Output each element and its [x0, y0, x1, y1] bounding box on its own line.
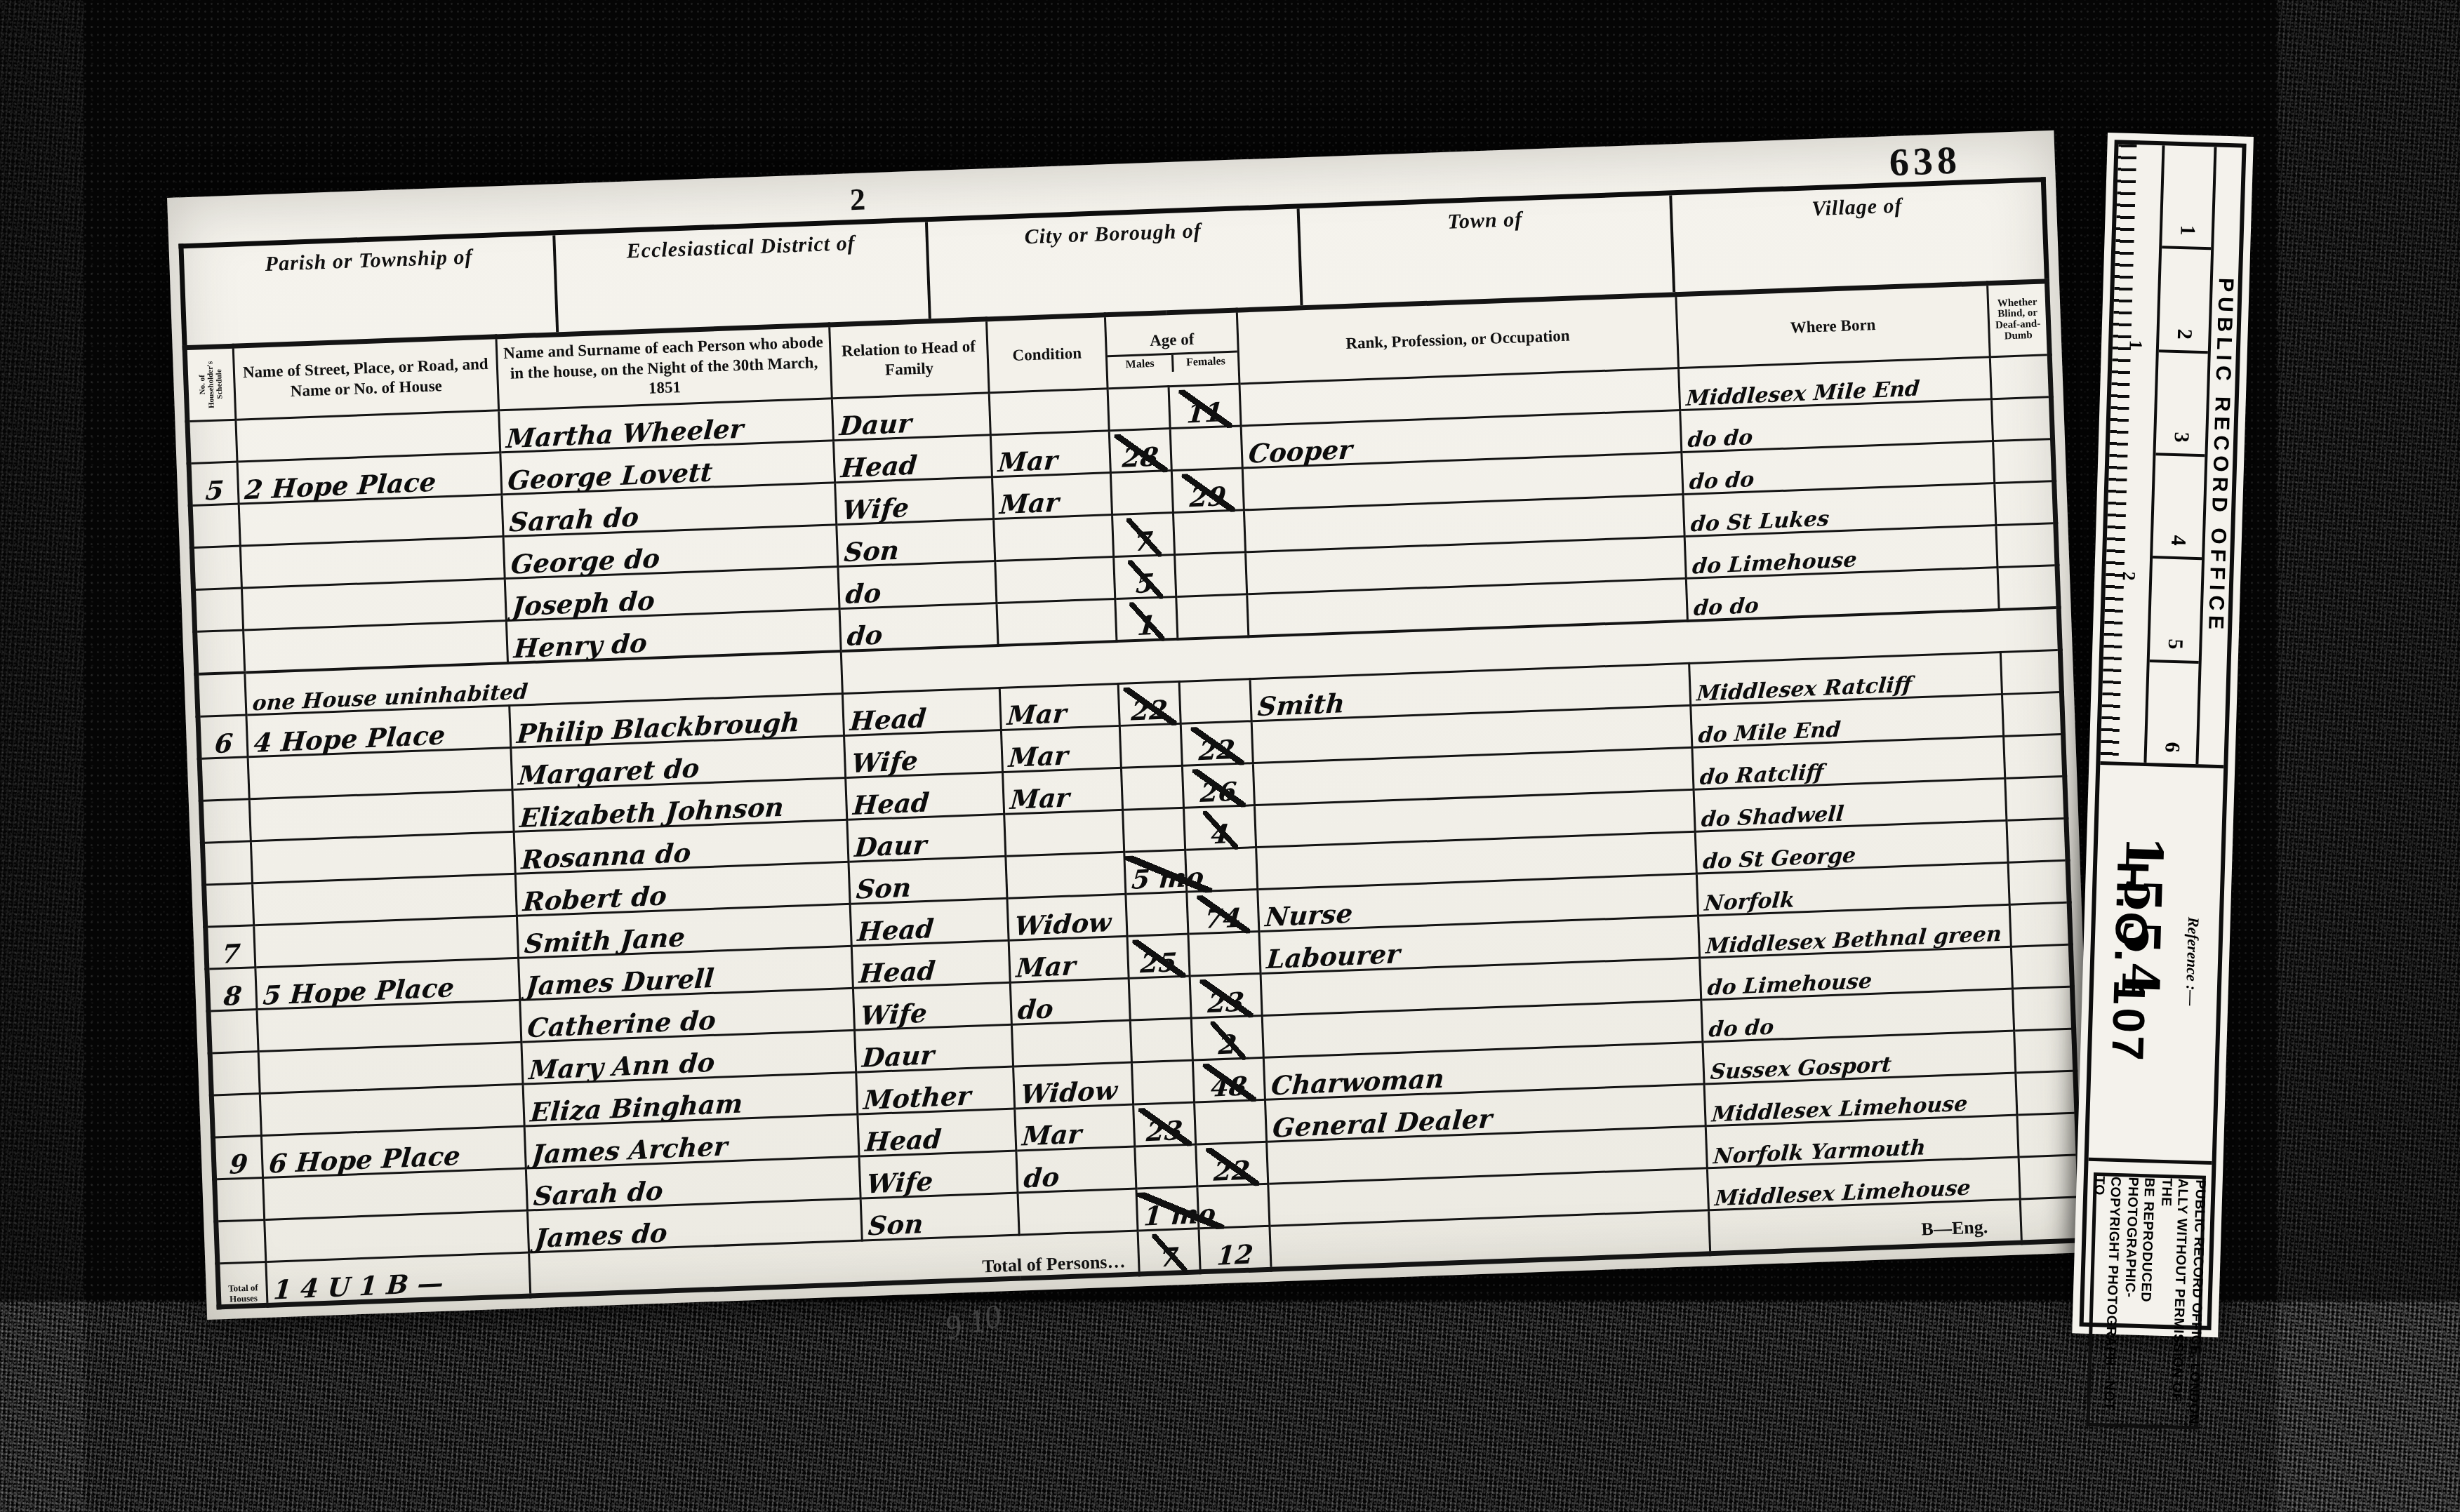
cell-age-female: 22: [1181, 721, 1253, 766]
cell-relation-text: Head: [852, 789, 930, 819]
cell-condition: Mar: [1002, 768, 1123, 814]
cell-infirm: [2008, 860, 2069, 904]
cell-age-male: [1131, 1018, 1193, 1062]
totals-houses-value-cell: 1 4 U 1 B —: [265, 1252, 531, 1305]
cell-occupation-text: Nurse: [1264, 901, 1354, 930]
photo-grain-right: [2278, 0, 2460, 1512]
cell-relation: do: [838, 561, 997, 609]
cell-schedule: [197, 672, 246, 716]
cell-age-female: 23: [1190, 973, 1262, 1018]
cell-condition: [997, 599, 1117, 646]
col-name: Name and Surname of each Person who abod…: [496, 325, 832, 410]
cell-infirm: [2009, 902, 2070, 946]
cell-condition: Mar: [1009, 936, 1129, 982]
cell-age-male-text: 23: [1145, 1118, 1183, 1145]
cell-born-text: Norfolk: [1703, 890, 1795, 915]
cell-relation: Mother: [856, 1066, 1014, 1114]
cell-relation-text: Head: [849, 705, 926, 735]
col-infirm: Whether Blind, or Deaf-and-Dumb: [1988, 281, 2050, 357]
cell-schedule-text: 6: [213, 730, 234, 757]
cell-relation: Head: [845, 772, 1004, 819]
cell-age-male: [1129, 976, 1191, 1020]
cell-relation-text: Wife: [851, 748, 919, 777]
cell-condition: Mar: [1001, 725, 1122, 772]
cell-age-male-text: 1 mo: [1143, 1200, 1217, 1230]
ruler-inch-2: 2: [2172, 328, 2195, 340]
field-parish: Parish or Township of: [184, 235, 559, 345]
cell-relation: Daur: [832, 393, 990, 441]
cell-age-female: 74: [1187, 890, 1259, 935]
cell-condition: [1018, 1189, 1138, 1235]
cell-occupation-text: Charwoman: [1270, 1066, 1445, 1099]
copyright-line-3: ALLY WITHOUT PERMISSION OF THE: [2151, 1177, 2190, 1425]
cell-condition: [1006, 852, 1126, 898]
cell-schedule: [195, 630, 245, 674]
cell-schedule: 5: [189, 462, 239, 505]
cell-condition-text: Mar: [1008, 742, 1069, 771]
ruler-scale: 1 2 1 2 3 4 5 6 PUBLIC RECORD OFFICE: [2100, 144, 2242, 768]
cell-schedule: [192, 546, 241, 589]
cell-born-text: do do: [1708, 1017, 1775, 1041]
cell-condition: do: [1016, 1146, 1137, 1193]
cell-schedule: [194, 588, 244, 631]
cell-condition: [995, 557, 1115, 603]
cell-infirm: [2013, 986, 2074, 1031]
cell-infirm: [1995, 481, 2056, 526]
cell-condition: Mar: [992, 473, 1112, 519]
cell-schedule: [211, 1094, 261, 1137]
cell-infirm: [1996, 523, 2057, 568]
cell-condition-text: Mar: [1015, 953, 1076, 982]
col-condition: Condition: [986, 315, 1108, 393]
cell-name-text: Margaret do: [517, 755, 700, 789]
cell-infirm: [2011, 944, 2072, 989]
cell-schedule: [216, 1219, 266, 1263]
totals-houses-label-cell: Total of Houses: [218, 1262, 267, 1306]
cell-age-male: 25: [1127, 934, 1190, 978]
cell-age-female: 4: [1184, 805, 1256, 850]
cell-name-text: George do: [510, 545, 661, 577]
cell-street-text: 4 Hope Place: [253, 722, 446, 756]
field-town: Town of: [1300, 195, 1675, 305]
cell-born-text: do St Lukes: [1690, 509, 1830, 536]
cell-age-female: 48: [1193, 1057, 1265, 1102]
col-age-females: Females: [1174, 352, 1238, 371]
cell-condition-text: do: [1016, 996, 1054, 1023]
ruler-cm-2: 2: [2118, 571, 2139, 581]
cell-age-female: [1175, 552, 1247, 597]
cell-condition-text: Mar: [1021, 1121, 1082, 1150]
cell-street-text: 2 Hope Place: [244, 469, 437, 504]
totals-houses-value: 1 4 U 1 B —: [272, 1270, 444, 1303]
cell-condition-text: Mar: [1006, 700, 1067, 729]
pencil-annotation: 9 10: [941, 1297, 1005, 1346]
cell-condition: Mar: [990, 431, 1111, 477]
cell-age-male: 22: [1118, 681, 1181, 725]
cell-age-male: [1126, 892, 1188, 936]
cell-age-female-text: 22: [1198, 737, 1236, 764]
cell-schedule: 8: [207, 968, 257, 1011]
cell-schedule: [204, 883, 254, 927]
cell-age-male-text: 25: [1140, 949, 1178, 977]
cell-infirm: [2017, 1113, 2078, 1157]
cell-age-female: [1195, 1099, 1267, 1144]
cell-age-male-text: 5: [1135, 570, 1155, 597]
col-street: Name of Street, Place, or Road, and Name…: [233, 337, 499, 420]
cell-age-male: 5 mo: [1124, 850, 1187, 894]
cell-relation: Head: [833, 435, 992, 483]
totals-blank-infirm: [2020, 1197, 2081, 1243]
cell-relation-text: Son: [855, 874, 912, 902]
cell-infirm: [2019, 1155, 2080, 1199]
cell-age-male-text: 5 mo: [1131, 864, 1204, 893]
totals-houses-label: Total of Houses: [226, 1283, 260, 1304]
cell-relation: Son: [836, 519, 995, 567]
cell-schedule-text: 8: [222, 983, 243, 1010]
cell-condition: Mar: [1014, 1104, 1135, 1151]
cell-occupation-text: Cooper: [1248, 436, 1354, 467]
cell-street-text: 5 Hope Place: [262, 975, 455, 1009]
cell-relation: Wife: [853, 982, 1011, 1030]
cell-street-text: 6 Hope Place: [267, 1143, 460, 1177]
cell-relation: Son: [849, 856, 1007, 904]
cell-name-text: James do: [534, 1220, 668, 1252]
census-table: No. of Householder's Schedule Name of St…: [182, 279, 2084, 1309]
cell-age-female-text: 4: [1210, 821, 1230, 848]
cell-relation: Head: [842, 688, 1001, 736]
cell-schedule: [187, 420, 237, 463]
cell-age-male-text: 28: [1122, 443, 1159, 471]
ruler-cm-1: 1: [2125, 340, 2146, 349]
cell-infirm: [2014, 1029, 2075, 1073]
cell-relation-text: Son: [843, 537, 900, 566]
cell-age-male: [1108, 387, 1170, 431]
cell-schedule: [202, 841, 252, 885]
cell-infirm: [1992, 397, 2053, 441]
cell-condition-text: Mar: [1009, 784, 1070, 813]
cell-relation: Head: [857, 1109, 1016, 1156]
cell-age-female-text: 11: [1186, 399, 1224, 427]
copyright-line-1: COPYRIGHT PHOTOGRAPH—NOT TO: [2084, 1175, 2123, 1423]
cell-name-text: Henry do: [513, 630, 649, 662]
ruler-inch-1: 1: [2175, 225, 2199, 236]
cell-age-male: 5: [1114, 554, 1176, 598]
cell-relation-text: Wife: [859, 1001, 927, 1029]
field-town-label: Town of: [1300, 202, 1670, 239]
cell-age-female-text: 74: [1204, 905, 1242, 932]
cell-relation-text: Head: [858, 958, 936, 987]
cell-condition: [989, 389, 1110, 435]
cell-infirm: [2000, 650, 2061, 694]
cell-schedule-text: 7: [221, 941, 241, 968]
field-city-borough: City or Borough of: [928, 208, 1303, 319]
cell-relation: Head: [851, 940, 1010, 988]
cell-relation-text: Head: [840, 453, 918, 482]
cell-relation: Head: [850, 898, 1009, 946]
cell-age-male: [1132, 1060, 1195, 1104]
totals-persons-label: Total of Persons…: [536, 1251, 1133, 1293]
cell-name-text: Mary Ann do: [528, 1050, 716, 1083]
field-village-label: Village of: [1672, 189, 2042, 226]
cell-born-text: do do: [1687, 427, 1753, 451]
cell-relation-text: Wife: [842, 495, 910, 523]
cell-age-female-text: 22: [1213, 1157, 1251, 1184]
folio-number: 638: [1889, 138, 1962, 186]
totals-males-value: 7: [1159, 1244, 1180, 1271]
cell-occupation-text: Labourer: [1265, 941, 1401, 972]
cell-relation-text: Head: [864, 1126, 942, 1156]
cell-condition: [1011, 1020, 1132, 1066]
cell-name-text: Robert do: [522, 883, 668, 915]
cell-name-text: Sarah do: [508, 504, 639, 536]
cell-age-male-text: 1: [1137, 613, 1157, 639]
cell-schedule-text: 5: [204, 477, 225, 504]
record-office-ruler: 1 2 1 2 3 4 5 6 PUBLIC RECORD OFFICE H.O…: [2072, 133, 2254, 1337]
ruler-inch-4: 4: [2166, 535, 2190, 546]
cell-age-female: [1179, 679, 1251, 724]
cell-age-female: 11: [1169, 384, 1241, 429]
cell-infirm: [2005, 776, 2066, 820]
cell-condition-text: Mar: [997, 448, 1058, 476]
cell-age-male: [1123, 808, 1185, 852]
cell-age-female: [1188, 932, 1261, 977]
cell-schedule: [190, 504, 240, 547]
cell-infirm: [2016, 1071, 2077, 1115]
field-village: Village of: [1672, 182, 2045, 292]
totals-females-value: 12: [1216, 1241, 1254, 1269]
field-ecclesiastical-district-label: Ecclesiastical District of: [556, 229, 926, 266]
cell-infirm: [1990, 355, 2051, 399]
cell-age-male: [1120, 723, 1183, 768]
cell-schedule-text: 9: [229, 1151, 249, 1178]
reference-piece: 1554: [2110, 835, 2174, 1005]
cell-relation: Son: [860, 1193, 1019, 1240]
field-ecclesiastical-district: Ecclesiastical District of: [556, 222, 931, 332]
cell-relation: Wife: [844, 730, 1002, 777]
cell-condition: Widow: [1013, 1062, 1133, 1109]
cell-condition: [993, 515, 1114, 561]
cell-relation-text: Son: [867, 1211, 924, 1239]
cell-age-female-text: 48: [1210, 1073, 1248, 1101]
cell-condition-text: Widow: [1013, 909, 1112, 939]
page-number: 2: [849, 181, 866, 218]
cell-relation: Daur: [854, 1024, 1013, 1072]
totals-males-cell: 7: [1138, 1229, 1200, 1274]
cell-name-text: Catherine do: [526, 1008, 717, 1042]
cell-schedule: 9: [213, 1136, 262, 1179]
cell-age-female-text: 23: [1207, 989, 1245, 1017]
cell-condition: Widow: [1007, 894, 1128, 940]
cell-name-text: Rosanna do: [521, 840, 692, 873]
cell-age-female-text: 29: [1189, 483, 1227, 511]
ruler-copyright: COPYRIGHT PHOTOGRAPH—NOT TO BE REPRODUCE…: [2080, 1161, 2212, 1440]
col-schedule: No. of Householder's Schedule: [185, 346, 235, 421]
cell-born-text: do do: [1689, 469, 1755, 493]
cell-infirm: [1993, 439, 2054, 483]
cell-condition: [1004, 810, 1124, 856]
cell-name-text: Smith Jane: [524, 924, 686, 957]
cell-age-male: [1135, 1144, 1197, 1189]
col-born: Where Born: [1676, 283, 1990, 368]
cell-age-female-text: 26: [1199, 779, 1237, 806]
cell-relation: Wife: [859, 1151, 1018, 1198]
cell-relation-text: do: [844, 580, 882, 608]
cell-age-male: [1122, 765, 1184, 810]
cell-age-female: 22: [1196, 1142, 1268, 1186]
cell-name-text: James Archer: [531, 1133, 729, 1168]
cell-schedule: [199, 757, 249, 801]
col-age-label: Age of: [1107, 326, 1237, 357]
reference-label: Reference :—: [2182, 916, 2203, 1005]
cell-condition-text: Widow: [1020, 1078, 1118, 1108]
cell-age-male: 28: [1110, 429, 1172, 473]
cell-age-male: 1 mo: [1136, 1186, 1199, 1231]
cell-relation-text: Daur: [861, 1042, 935, 1071]
col-age-males: Males: [1108, 355, 1174, 374]
cell-age-male: [1111, 471, 1174, 515]
cell-age-female: [1174, 510, 1246, 555]
col-age: Age of Males Females: [1105, 310, 1239, 389]
cell-age-male: 1: [1115, 596, 1178, 641]
cell-born-text: do do: [1693, 596, 1760, 620]
ruler-inch-5: 5: [2162, 638, 2186, 650]
cell-relation-text: Wife: [865, 1168, 933, 1197]
col-schedule-label: No. of Householder's Schedule: [197, 352, 225, 417]
cell-infirm: [2007, 818, 2068, 862]
form-code: B—Eng.: [1921, 1217, 1988, 1240]
cell-infirm: [2004, 734, 2065, 778]
cell-relation-text: Head: [856, 916, 934, 945]
cell-age-male-text: 7: [1133, 528, 1154, 555]
ruler-inch-3: 3: [2169, 431, 2193, 443]
cell-condition-text: Mar: [999, 489, 1060, 518]
cell-condition: do: [1010, 978, 1131, 1024]
cell-condition: Mar: [999, 683, 1120, 730]
cell-schedule: [208, 1010, 258, 1053]
cell-condition-text: do: [1023, 1164, 1061, 1191]
cell-name-text: Sarah do: [533, 1178, 664, 1210]
census-page: 2 638 Parish or Township of Ecclesiastic…: [167, 131, 2094, 1320]
cell-age-male: 7: [1112, 513, 1175, 557]
cell-born-text: do Shadwell: [1701, 803, 1844, 831]
cell-age-male-text: 22: [1131, 697, 1169, 724]
field-city-borough-label: City or Borough of: [928, 215, 1298, 253]
cell-relation-text: Mother: [863, 1083, 972, 1113]
cell-age-male: 23: [1133, 1102, 1196, 1146]
cell-relation: do: [839, 603, 998, 651]
cell-relation: Daur: [846, 814, 1005, 862]
census-rows: Martha WheelerDaur11Middlesex Mile End52…: [187, 355, 2080, 1264]
cell-age-female-text: 2: [1218, 1031, 1238, 1058]
cell-infirm: [1997, 566, 2059, 610]
cell-relation-text: Daur: [838, 410, 912, 440]
cell-schedule: [210, 1052, 260, 1095]
copyright-line-2: BE REPRODUCED PHOTOGRAPHIC-: [2117, 1177, 2157, 1424]
cell-name-text: James Durell: [525, 965, 715, 1000]
cell-schedule: [215, 1178, 265, 1222]
cell-born-text: do Mile End: [1698, 719, 1842, 747]
totals-females-cell: 12: [1199, 1226, 1271, 1272]
ruler-inch-6: 6: [2160, 742, 2183, 753]
cell-age-female: 2: [1191, 1015, 1263, 1060]
cell-name-text: Joseph do: [512, 588, 656, 620]
cell-age-female: [1170, 426, 1242, 471]
cell-schedule: 6: [198, 715, 248, 758]
cell-infirm: [2002, 692, 2063, 736]
cell-born-text: do Ratcliff: [1699, 762, 1825, 789]
cell-schedule: 7: [206, 925, 255, 969]
cell-relation-text: do: [846, 622, 884, 650]
scanned-census-photo: { "page": { "folio_left": "2", "folio_ri…: [0, 0, 2460, 1512]
cell-age-female: 26: [1182, 763, 1254, 808]
cell-age-female: 29: [1171, 468, 1244, 513]
cell-relation-text: Daur: [853, 831, 927, 861]
cell-occupation-text: Smith: [1257, 690, 1346, 720]
photo-grain-left: [0, 0, 84, 1512]
col-relation: Relation to Head of Family: [829, 319, 989, 399]
cell-relation: Wife: [835, 477, 993, 525]
field-parish-label: Parish or Township of: [184, 242, 554, 279]
cell-age-female: [1176, 594, 1249, 639]
cell-schedule: [201, 799, 251, 843]
